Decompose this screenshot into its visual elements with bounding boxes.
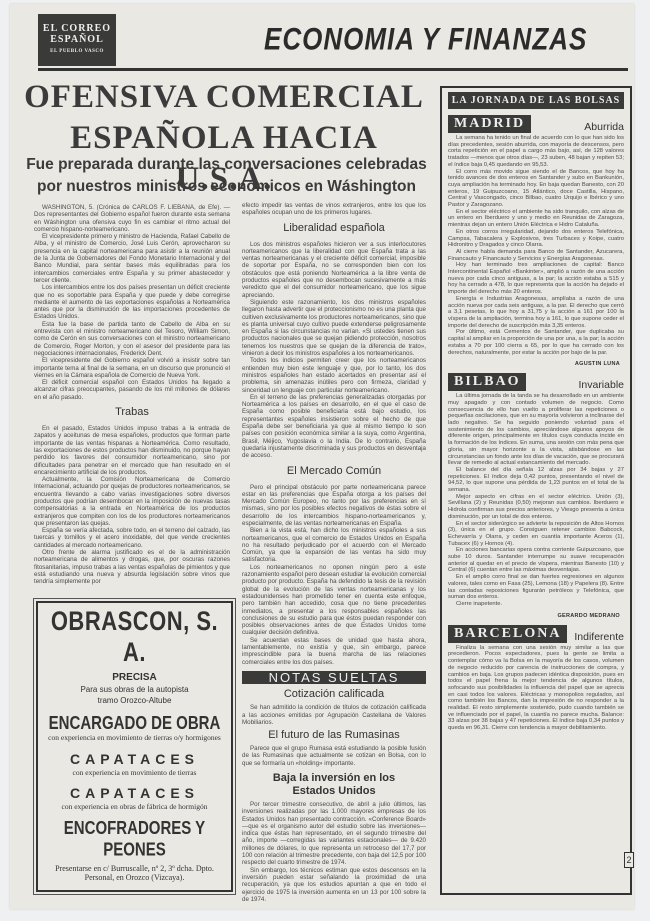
logo-line-3: EL PUEBLO VASCO (38, 49, 116, 54)
headline-line-1: OFENSIVA COMERCIAL (24, 77, 424, 118)
paragraph: En otros corros irregularidad, dejando d… (448, 229, 624, 249)
notas-sueltas-banner: NOTAS SUELTAS (242, 671, 426, 684)
ad-job-1-desc: con experiencia en movimiento de tierras… (38, 734, 231, 743)
paragraph: Todos los indicios permiten creer que lo… (242, 357, 426, 393)
paragraph: El balance del día señala 12 alzas por 3… (448, 467, 624, 494)
market-name: BILBAO (448, 373, 526, 391)
section-title: ECONOMIA Y FINANZAS (264, 21, 587, 58)
paragraph: WASHINGTON, 5. (Crónica de CARLOS F. LIE… (34, 204, 230, 233)
market-name: MADRID (448, 115, 531, 133)
nota-title: El futuro de las Rumasinas (242, 729, 426, 742)
market-mood: Aburrida (584, 121, 624, 133)
newspaper-page: EL CORREO ESPAÑOL EL PUEBLO VASCO ECONOM… (10, 4, 634, 909)
subhead-line-2: por nuestros ministros económicos en Wás… (24, 176, 429, 198)
paragraph: Cierre inapetente. (448, 601, 624, 608)
paragraph: Se acuerdan estas bases de unidad que ha… (242, 637, 426, 666)
paragraph: El corro más movido sigue siendo el de B… (448, 169, 624, 209)
ad-precisa: PRECISA (38, 672, 231, 683)
nota-title: Cotización calificada (242, 688, 426, 701)
ad-works-line-2: tramo Orozco-Altube (38, 696, 231, 705)
ad-job-3-desc: con experiencia en obras de fábrica de h… (38, 803, 231, 812)
paragraph: España se vería afectada, sobre todo, en… (34, 527, 230, 549)
ad-job-3: CAPATACES (38, 785, 231, 801)
paragraph: Los norteamericanos no oponen ningún per… (242, 564, 426, 637)
masthead-rule (38, 68, 628, 71)
paragraph: Al cierre había demanda para Banco de Sa… (448, 249, 624, 262)
paragraph: En el terreno de las preferencias genera… (242, 394, 426, 460)
paragraph: Finaliza la semana con una sesión muy si… (448, 645, 624, 732)
paragraph: En el pasado, Estados Unidos impuso trab… (34, 425, 230, 476)
subheading-mercado: El Mercado Común (242, 465, 426, 478)
paragraph: En acciones bancarias opera contra corri… (448, 547, 624, 574)
paragraph: La última jornada de la tanda se ha desa… (448, 393, 624, 467)
paragraph: El vicepresidente primero y ministro de … (34, 233, 230, 284)
paragraph: Actualmente, la Comisión Norteamericana … (34, 476, 230, 527)
newspaper-logo: EL CORREO ESPAÑOL EL PUEBLO VASCO (38, 14, 116, 66)
bolsas-banner: LA JORNADA DE LAS BOLSAS (448, 92, 624, 109)
paragraph: En el sector eléctrico el ambiente ha si… (448, 209, 624, 229)
logo-line-2: ESPAÑOL (38, 34, 116, 45)
article-subhead: Fue preparada durante las conversaciones… (24, 154, 429, 198)
market-report: Finaliza la semana con una sesión muy si… (448, 645, 624, 732)
nota-text: Sin embargo, los técnicos estiman que es… (242, 867, 426, 903)
paragraph: Hoy han terminado tres ampliaciones de c… (448, 262, 624, 296)
paragraph: La semana ha tenido un final de acuerdo … (448, 135, 624, 169)
market-madrid: MADRID Aburrida La semana ha tenido un f… (448, 115, 624, 367)
paragraph: Los dos ministros españoles hicieron ver… (242, 241, 426, 299)
paragraph: efecto impedir las ventas de vinos extra… (242, 202, 426, 217)
ad-job-2: CAPATACES (38, 751, 231, 767)
stock-market-box: LA JORNADA DE LAS BOLSAS MADRID Aburrida… (440, 86, 632, 895)
subhead-line-1: Fue preparada durante las conversaciones… (24, 154, 429, 176)
market-report: La semana ha tenido un final de acuerdo … (448, 135, 624, 356)
byline: GERARDO MEDRANO (448, 613, 620, 619)
paragraph: Otro frente de alarma justificado es el … (34, 549, 230, 585)
byline: AGUSTIN LUNA (448, 361, 620, 367)
paragraph: Siguiendo este razonamiento, los dos min… (242, 299, 426, 357)
ad-works-line-1: Para sus obras de la autopista (38, 685, 231, 694)
article-column-1: WASHINGTON, 5. (Crónica de CARLOS F. LIE… (34, 204, 230, 586)
paragraph: Mejor aspecto en cifras en el sector elé… (448, 494, 624, 521)
ad-company: OBRASCON, S. A. (38, 606, 231, 668)
paragraph: Esta fue la base de partida tanto de Cab… (34, 321, 230, 357)
paragraph: Bien a la vista está, han dicho los mini… (242, 527, 426, 563)
market-mood: Indiferente (574, 631, 624, 643)
subheading-trabas: Trabas (34, 406, 230, 419)
paragraph: En el amplio corro final se dan fuertes … (448, 574, 624, 601)
nota-text: Por tercer trimestre consecutivo, de abr… (242, 801, 426, 867)
logo-line-1: EL CORREO (38, 23, 116, 34)
paragraph: El déficit comercial español con Estados… (34, 379, 230, 401)
paragraph: Por último, está Cementos de Santander, … (448, 329, 624, 356)
paragraph: Energía e Industrias Aragonesas, amplíab… (448, 296, 624, 330)
nota-text: Parece que el grupo Rumasa está estudian… (242, 745, 426, 767)
paragraph: Los intercambios entre los dos países pr… (34, 284, 230, 320)
masthead: EL CORREO ESPAÑOL EL PUEBLO VASCO ECONOM… (26, 10, 634, 68)
ad-address: Presentarse en c/ Burruscalle, nº 2, 3º … (38, 864, 231, 883)
nota-title: Baja la inversión en los Estados Unidos (256, 772, 412, 798)
market-barcelona: BARCELONA Indiferente Finaliza la semana… (448, 625, 624, 732)
paragraph: Pero el principal obstáculo por parte no… (242, 484, 426, 528)
paragraph: El vicepresidente del Gobierno español v… (34, 357, 230, 379)
page-number: 2 (624, 852, 634, 868)
job-advertisement: OBRASCON, S. A. PRECISA Para sus obras d… (36, 601, 233, 892)
market-bilbao: BILBAO Invariable La última jornada de l… (448, 373, 624, 619)
paragraph: En el sector siderúrgico se advierte la … (448, 521, 624, 548)
ad-job-1: ENCARGADO DE OBRA (38, 713, 231, 734)
ad-job-4: ENCOFRADORES Y PEONES (38, 817, 231, 860)
article-column-2: efecto impedir las ventas de vinos extra… (242, 202, 426, 903)
subheading-liberalidad: Liberalidad española (242, 222, 426, 235)
ad-job-2-desc: con experiencia en movimiento de tierras (38, 769, 231, 778)
market-mood: Invariable (578, 379, 624, 391)
market-name: BARCELONA (448, 625, 567, 643)
nota-text: Se han admitido la condición de títulos … (242, 704, 426, 726)
market-report: La última jornada de la tanda se ha desa… (448, 393, 624, 608)
